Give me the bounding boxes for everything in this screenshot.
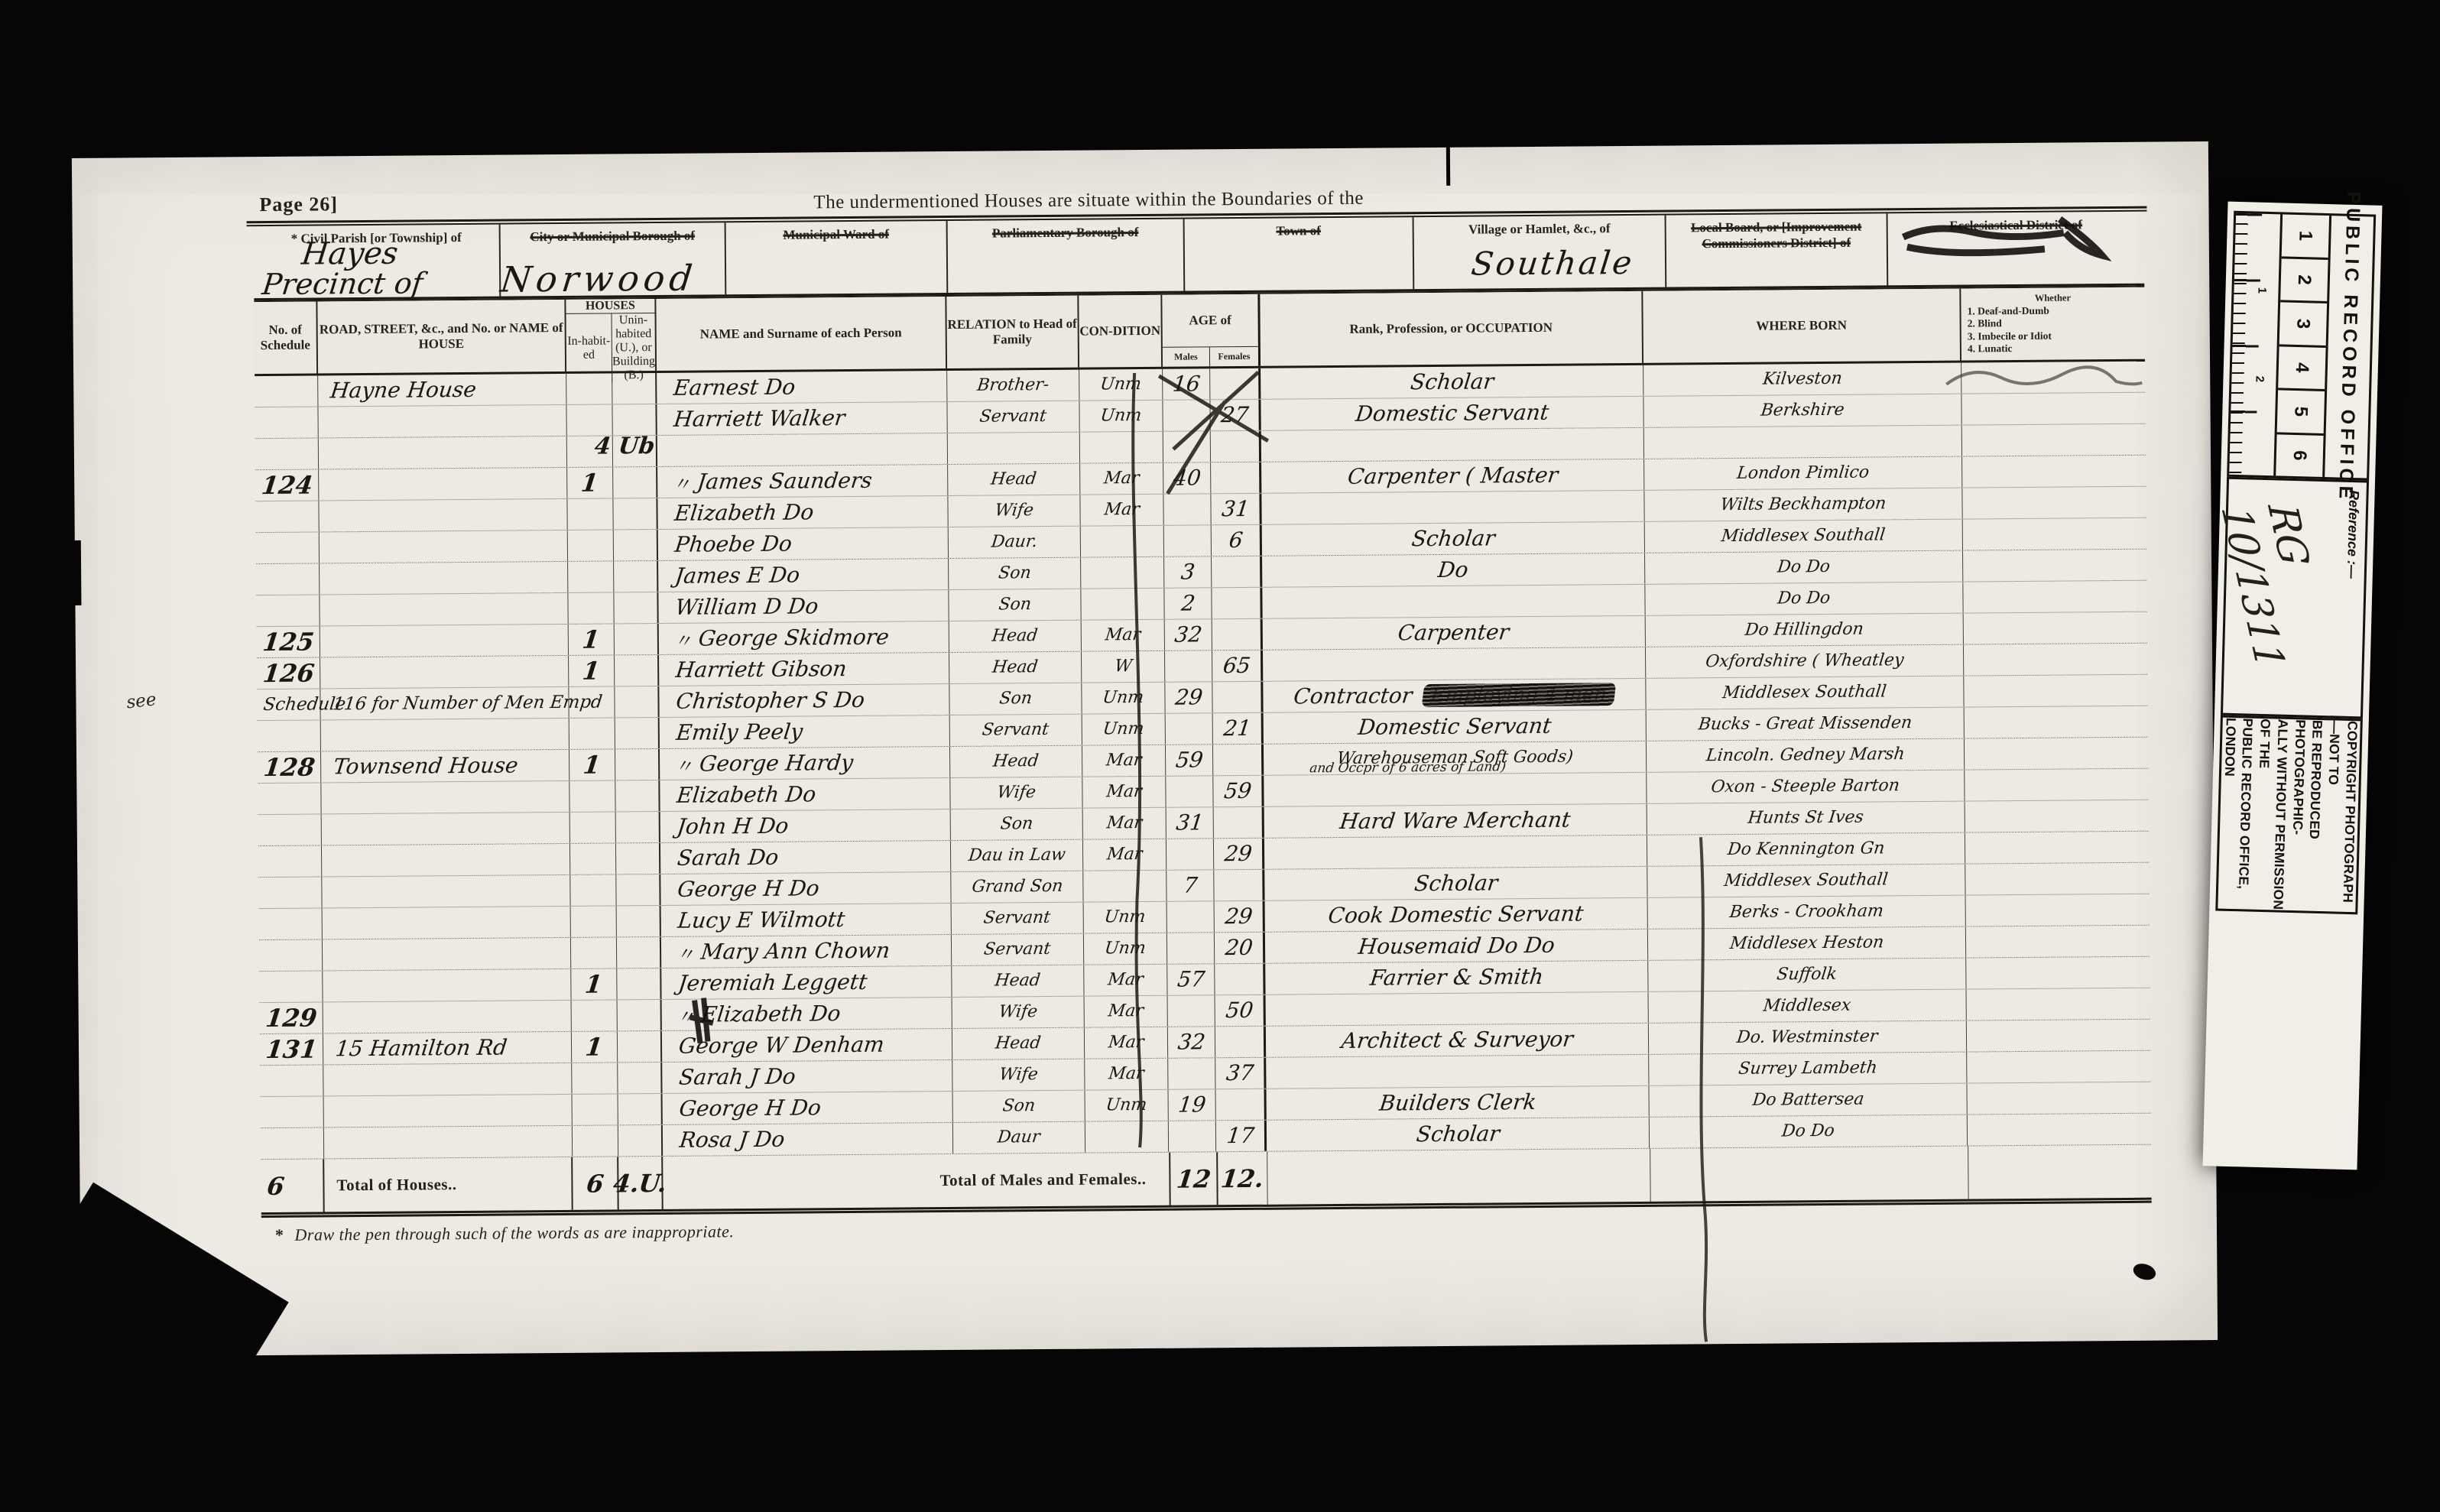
district-field-label: Local Board, or [Improvement Commissione…: [1675, 218, 1877, 252]
occupation-line2: and Occpr of 6 acres of Land): [1309, 761, 1507, 775]
district-field-6: Local Board, or [Improvement Commissione…: [1666, 213, 1889, 287]
district-field-label: Municipal Ward of: [735, 226, 937, 243]
born-cell: Do Hillingdon: [1646, 614, 1964, 647]
condition-cell: Unm: [1082, 683, 1165, 714]
road-cell: Townsend House: [321, 750, 569, 783]
age-females-cell: [1212, 682, 1263, 713]
ruler-number: 2: [2280, 258, 2328, 303]
road-cell: [320, 625, 569, 657]
name-cell: 〃Mary Ann Chown: [661, 935, 952, 968]
name-cell: John H Do: [660, 810, 951, 842]
inhabited-cell: [569, 718, 615, 748]
edge-mark: [1446, 141, 1450, 186]
born-cell: Oxon - Steeple Barton: [1647, 771, 1965, 803]
schedule-cell: [256, 563, 320, 595]
schedule-cell: [261, 1128, 324, 1159]
name-cell: Rosa J Do: [663, 1123, 953, 1156]
reference-value: RG 10/1311: [2211, 504, 2350, 714]
pro-reference-box: Reference :— RG 10/1311: [2221, 477, 2369, 719]
totals-schedule-count: 6: [266, 1173, 286, 1198]
condition-cell: Unm: [1079, 401, 1163, 432]
occupation-cell: Cook Domestic Servant: [1265, 898, 1648, 932]
age-females-cell: [1213, 745, 1264, 776]
name-cell: Christopher S Do: [659, 684, 949, 717]
age-females-cell: [1212, 556, 1262, 588]
district-field-2: Municipal Ward of: [726, 221, 949, 294]
condition-cell: Unm: [1084, 933, 1167, 965]
name-cell: Phoebe Do: [658, 527, 949, 560]
page-title: The undermentioned Houses are situate wi…: [813, 188, 1364, 214]
age-males-cell: 16: [1163, 368, 1210, 399]
born-cell: Middlesex Southall: [1646, 677, 1964, 709]
schedule-cell: 125: [257, 626, 320, 657]
occupation-cell: [1264, 835, 1647, 869]
occupation-cell: [1264, 773, 1647, 806]
age-females-cell: [1216, 1089, 1267, 1121]
occupation-cell: Farrier & Smith: [1265, 961, 1648, 994]
schedule-cell: [255, 501, 319, 532]
condition-cell: [1080, 432, 1163, 463]
road-cell: [320, 593, 568, 626]
inhabited-cell: 1: [569, 624, 615, 654]
name-cell: George W Denham: [662, 1029, 952, 1062]
age-males-cell: [1163, 431, 1211, 462]
whether-cell: [1963, 518, 2146, 550]
age-males-cell: 2: [1164, 588, 1212, 618]
district-field-3: Parliamentary Borough of: [948, 219, 1186, 293]
copyright-line: COPYRIGHT PHOTOGRAPH—NOT TO: [2322, 720, 2361, 912]
whether-cell: [1962, 456, 2146, 488]
relation-cell: Servant: [950, 715, 1082, 746]
col-header-age-females: Females: [1210, 347, 1258, 366]
copyright-line: ALLY WITHOUT PERMISSION OF THE: [2252, 719, 2292, 910]
occupation-cell: Carpenter: [1263, 616, 1646, 650]
age-females-cell: [1212, 588, 1262, 619]
condition-cell: Mar: [1085, 996, 1168, 1027]
pro-ruler-ticks: 1 2: [2229, 213, 2280, 475]
condition-cell: [1083, 871, 1166, 902]
age-males-cell: [1166, 776, 1213, 806]
condition-cell: Mar: [1080, 463, 1163, 495]
uninhabited-cell: [618, 1094, 663, 1124]
name-cell: William D Do: [658, 590, 949, 623]
age-males-cell: 3: [1164, 556, 1212, 587]
uninhabited-cell: [618, 1063, 662, 1093]
relation-cell: Son: [949, 589, 1081, 621]
margin-pencil-note: see: [125, 691, 157, 712]
schedule-cell: [255, 407, 318, 438]
age-males-cell: [1166, 839, 1214, 869]
district-field-label: City or Municipal Borough of: [509, 227, 715, 245]
age-males-cell: [1167, 901, 1215, 932]
uninhabited-cell: [615, 655, 659, 686]
road-cell: [320, 656, 569, 689]
district-field-label: Town of: [1194, 222, 1403, 239]
road-cell: [320, 530, 568, 563]
relation-cell: Son: [953, 1091, 1085, 1122]
relation-cell: Daur: [953, 1122, 1085, 1153]
condition-cell: [1081, 526, 1164, 557]
relation-cell: Wife: [950, 777, 1082, 809]
occupation-cell: Domestic Servant: [1261, 397, 1643, 430]
condition-cell: Unm: [1079, 369, 1163, 401]
schedule-cell: [256, 595, 320, 626]
age-females-cell: 50: [1215, 995, 1266, 1027]
name-cell: George H Do: [660, 872, 951, 905]
condition-cell: Unm: [1084, 902, 1167, 933]
occupation-cell: [1262, 585, 1645, 618]
age-males-cell: [1163, 400, 1210, 430]
name-cell: Jeremiah Leggett: [661, 966, 952, 999]
schedule-cell: [258, 877, 322, 908]
inhabited-cell: [571, 937, 617, 968]
struck-out-text: Employing 4 men: [1422, 683, 1616, 707]
col-header-age-males: Males: [1163, 347, 1210, 366]
uninhabited-cell: [616, 812, 660, 842]
ruler-number: 3: [2279, 302, 2327, 347]
schedule-cell: 129: [260, 1002, 323, 1033]
condition-cell: Mar: [1083, 839, 1166, 871]
road-cell: Hayne House: [318, 374, 566, 407]
condition-cell: Unm: [1085, 1090, 1169, 1121]
inhabited-cell: [569, 780, 615, 811]
age-males-cell: 32: [1168, 1027, 1215, 1057]
whether-cell: [1965, 769, 2148, 801]
road-cell: [323, 1001, 572, 1033]
uninhabited-cell: [613, 467, 657, 498]
inhabited-cell: 1: [569, 655, 615, 686]
occupation-cell: Carpenter ( Master: [1261, 459, 1644, 493]
occupation-cell: Scholar: [1261, 365, 1643, 399]
name-cell: [657, 433, 948, 466]
occupation-cell: ContractorEmploying 4 men: [1263, 679, 1646, 712]
born-cell: Lincoln. Gedney Marsh: [1647, 739, 1965, 772]
copyright-line: PUBLIC RECORD OFFICE, LONDON: [2217, 718, 2257, 910]
occupation-cell: Domestic Servant: [1264, 710, 1647, 744]
schedule-cell: [258, 814, 322, 845]
uninhabited-cell: [615, 718, 660, 748]
relation-cell: Head: [949, 652, 1082, 683]
uninhabited-cell: 4 Ub: [613, 436, 657, 466]
whether-cell: [1965, 800, 2149, 832]
schedule-cell: [258, 720, 321, 751]
condition-cell: Mar: [1085, 1027, 1168, 1059]
inhabited-cell: [573, 1094, 618, 1124]
age-females-cell: [1211, 431, 1261, 462]
relation-cell: Head: [950, 746, 1082, 777]
name-cell: 〃Elizabeth Do: [662, 998, 952, 1030]
census-table: No. of Schedule ROAD, STREET, &c., and N…: [254, 286, 2151, 1215]
road-cell: [321, 781, 569, 814]
condition-cell: [1085, 1121, 1169, 1153]
copyright-text: COPYRIGHT PHOTOGRAPH—NOT TOBE REPRODUCED…: [2217, 718, 2361, 913]
inhabited-cell: [570, 843, 616, 874]
inhabited-cell: [566, 404, 612, 435]
ruler-number: 1: [2282, 214, 2329, 259]
schedule-cell: Schedule: [257, 689, 320, 720]
age-females-cell: 6: [1212, 525, 1262, 556]
age-males-cell: 31: [1166, 807, 1214, 838]
age-females-cell: 59: [1213, 776, 1264, 807]
uninhabited-cell: [615, 624, 659, 654]
relation-cell: Son: [949, 683, 1082, 715]
age-males-cell: 7: [1166, 870, 1214, 900]
relation-cell: Wife: [952, 997, 1085, 1028]
col-header-schedule: No. of Schedule: [254, 301, 318, 374]
schedule-cell: [258, 783, 321, 814]
name-cell: Harriett Walker: [657, 402, 947, 435]
inhabited-cell: [572, 1063, 618, 1093]
age-females-cell: [1214, 870, 1264, 901]
occupation-cell: Builders Clerk: [1266, 1086, 1649, 1120]
born-cell: [1644, 426, 1962, 459]
whether-cell: [1966, 894, 2150, 926]
uninhabited-cell: [618, 1000, 662, 1030]
uninhabited-cell: [612, 373, 657, 404]
uninhabited-cell: [616, 843, 660, 874]
uninhabited-cell: [617, 906, 661, 936]
age-females-cell: 21: [1213, 713, 1264, 745]
occupation-cell: Scholar: [1262, 522, 1645, 556]
col-header-whether: Whether 1. Deaf-and-Dumb 2. Blind 3. Imb…: [1961, 287, 2145, 361]
occupation-cell: Scholar: [1264, 867, 1647, 900]
inhabited-cell: [570, 812, 616, 842]
road-cell: [319, 499, 567, 532]
age-females-cell: 27: [1210, 400, 1261, 431]
uninhabited-cell: [618, 1125, 663, 1156]
condition-cell: [1081, 589, 1164, 620]
inhabited-cell: 1: [571, 969, 617, 999]
schedule-cell: 124: [255, 469, 319, 501]
age-males-cell: [1163, 494, 1211, 524]
totals-uninhabited: 4.U.: [612, 1170, 668, 1196]
age-females-cell: 29: [1214, 839, 1264, 870]
uninhabited-cell: [612, 404, 657, 435]
whether-cell: [1966, 957, 2150, 989]
district-field-label: Ecclesiastical District of: [1898, 216, 2133, 235]
name-cell: Emily Peely: [660, 715, 950, 748]
born-cell: Oxfordshire ( Wheatley: [1646, 645, 1964, 678]
whether-cell: [1964, 644, 2147, 676]
age-males-cell: 59: [1166, 745, 1213, 775]
whether-cell: [1965, 832, 2149, 864]
condition-cell: Mar: [1082, 745, 1166, 777]
census-scan-page: Page 26] The undermentioned Houses are s…: [72, 141, 2218, 1357]
relation-cell: Wife: [948, 495, 1080, 527]
pro-office-label: PUBLIC RECORD OFFICE: [2322, 216, 2373, 478]
inhabited-cell: [570, 874, 616, 905]
occupation-cell: [1261, 491, 1644, 524]
check-tick: 〃: [672, 467, 696, 497]
name-cell: Sarah Do: [660, 841, 951, 874]
schedule-cell: 126: [257, 657, 320, 689]
born-cell: Middlesex Heston: [1648, 927, 1966, 960]
occupation-cell: Architect & Surveyor: [1266, 1024, 1649, 1057]
schedule-cell: [255, 375, 318, 407]
age-males-cell: [1164, 525, 1212, 556]
uninhabited-cell: [617, 937, 661, 968]
name-cell: 〃James Saunders: [657, 465, 948, 498]
census-rows: Hayne HouseEarnest DoBrother-Unm16Schola…: [255, 362, 2151, 1160]
road-cell: [323, 969, 571, 1002]
inhabited-cell: 1: [567, 467, 613, 498]
totals-males: 12: [1175, 1166, 1212, 1191]
age-females-cell: 20: [1215, 933, 1265, 964]
occupation-cell: [1266, 1055, 1649, 1089]
occupation-cell: [1266, 992, 1649, 1026]
born-cell: Kilveston: [1643, 363, 1961, 396]
whether-cell: [1963, 550, 2146, 582]
born-cell: Middlesex Southall: [1645, 520, 1963, 553]
whether-cell: [1967, 1020, 2150, 1052]
whether-cell: [1962, 487, 2146, 519]
name-cell: Lucy E Wilmott: [661, 904, 952, 936]
age-males-cell: 32: [1165, 619, 1212, 650]
schedule-cell: [259, 939, 323, 971]
uninhabited-cell: [617, 969, 661, 999]
col-header-occupation: Rank, Profession, or OCCUPATION: [1260, 291, 1643, 366]
whether-cell: [1967, 1051, 2150, 1083]
road-cell: [322, 813, 570, 845]
road-cell: [323, 1063, 572, 1096]
occupation-cell: Warehouseman Soft Goods)and Occpr of 6 a…: [1264, 741, 1647, 775]
col-header-name: NAME and Surname of each Person: [656, 297, 947, 371]
age-females-cell: [1211, 462, 1261, 494]
ruler-number: 6: [2276, 434, 2323, 477]
age-males-cell: [1168, 995, 1215, 1026]
civil-parish-value-line2: Precinct of: [261, 268, 424, 299]
ink-blot-bottom: [2131, 1261, 2158, 1283]
name-cell: Elizabeth Do: [657, 496, 948, 529]
copyright-line: BE REPRODUCED PHOTOGRAPHIC-: [2286, 719, 2326, 911]
age-males-cell: [1166, 713, 1213, 744]
reference-label: Reference :—: [2344, 490, 2362, 579]
inhabited-cell: [568, 530, 614, 560]
schedule-cell: [255, 438, 319, 469]
civil-parish-value-line1: Hayes: [300, 238, 400, 270]
schedule-cell: 128: [258, 751, 321, 783]
born-cell: Suffolk: [1648, 959, 1966, 991]
condition-cell: Unm: [1082, 714, 1166, 745]
relation-cell: Son: [951, 809, 1083, 840]
road-cell: [319, 468, 567, 501]
uninhabited-cell: [615, 686, 659, 717]
edge-nick: [70, 540, 82, 605]
uninhabited-cell: [613, 498, 657, 529]
uninhabited-cell: [614, 592, 658, 623]
age-females-cell: 29: [1215, 901, 1265, 933]
born-cell: Do Kennington Gn: [1647, 833, 1965, 866]
district-field-label: Village or Hamlet, &c., of: [1424, 220, 1655, 238]
age-females-cell: [1214, 807, 1264, 839]
age-males-cell: 29: [1165, 682, 1212, 712]
whether-cell: [1967, 988, 2150, 1020]
born-cell: Do Do: [1645, 582, 1963, 615]
road-cell: [320, 562, 568, 595]
schedule-cell: [261, 1096, 324, 1128]
pro-ruler: PUBLIC RECORD OFFICE 123456 1 2: [2227, 211, 2376, 481]
born-cell: Do Battersea: [1649, 1084, 1967, 1117]
age-females-cell: 65: [1212, 651, 1263, 682]
condition-cell: Mar: [1084, 965, 1167, 996]
born-cell: Bucks - Great Missenden: [1647, 708, 1965, 741]
page-number: Page 26]: [259, 193, 338, 216]
schedule-cell: 131: [260, 1033, 323, 1065]
whether-cell: [1968, 1114, 2151, 1146]
relation-cell: Servant: [952, 934, 1084, 965]
schedule-cell: [259, 971, 323, 1002]
road-cell: 116 for Number of Men Empd: [320, 687, 569, 720]
col-header-road: ROAD, STREET, &c., and No. or NAME of HO…: [317, 300, 566, 374]
relation-cell: Brother-: [947, 370, 1079, 401]
name-cell: James E Do: [658, 559, 949, 592]
whether-cell: [1967, 1082, 2150, 1115]
inhabited-cell: [571, 906, 617, 936]
relation-cell: Head: [949, 621, 1082, 652]
road-cell: [321, 719, 569, 751]
name-cell: Sarah J Do: [662, 1060, 952, 1093]
whether-cell: [1966, 926, 2150, 958]
age-females-cell: [1215, 964, 1265, 995]
born-cell: Do Do: [1650, 1115, 1968, 1148]
age-males-cell: [1168, 1058, 1215, 1089]
name-cell: Elizabeth Do: [660, 778, 950, 811]
whether-cell: [1964, 612, 2147, 644]
occupation-cell: [1261, 428, 1644, 462]
col-header-relation: RELATION to Head of Family: [946, 296, 1079, 368]
totals-males-females-label: Total of Males and Females..: [939, 1170, 1146, 1190]
road-cell: [322, 844, 570, 877]
road-cell: [319, 436, 567, 469]
name-cell: Harriett Gibson: [659, 653, 949, 686]
uninhabited-cell: [616, 874, 660, 905]
relation-cell: Head: [952, 965, 1084, 997]
relation-cell: Grand Son: [951, 871, 1083, 903]
born-cell: Berkshire: [1643, 394, 1961, 427]
uninhabited-cell: [615, 749, 660, 780]
footnote: *Draw the pen through such of the words …: [275, 1222, 735, 1245]
road-cell: [318, 405, 566, 438]
road-cell: [322, 875, 570, 908]
occupation-cell: Scholar: [1267, 1118, 1650, 1151]
ruler-number: 4: [2278, 346, 2325, 391]
schedule-cell: [256, 532, 320, 563]
born-cell: Do. Westminster: [1649, 1021, 1967, 1054]
inhabited-cell: 1: [572, 1031, 618, 1062]
schedule-cell: [258, 845, 322, 877]
condition-cell: Mar: [1085, 1059, 1168, 1090]
relation-cell: Daur.: [949, 527, 1081, 558]
condition-cell: Mar: [1083, 808, 1166, 839]
age-males-cell: 57: [1167, 964, 1215, 994]
whether-cell: [1961, 393, 2145, 425]
age-females-cell: [1210, 368, 1261, 400]
relation-cell: [948, 433, 1080, 464]
pro-copyright-box: COPYRIGHT PHOTOGRAPH—NOT TOBE REPRODUCED…: [2215, 715, 2363, 915]
age-females-cell: [1212, 619, 1263, 651]
age-males-cell: 19: [1169, 1089, 1216, 1120]
relation-cell: Dau in Law: [951, 840, 1083, 871]
name-cell: 〃George Skidmore: [659, 621, 949, 654]
schedule-cell: [260, 1065, 323, 1096]
check-tick: 〃: [673, 624, 697, 654]
name-cell: Earnest Do: [657, 371, 947, 404]
uninhabited-cell: [618, 1031, 662, 1062]
relation-cell: Wife: [952, 1059, 1085, 1091]
age-females-cell: 31: [1211, 494, 1261, 525]
uninhabited-cell: [615, 780, 660, 811]
age-males-cell: [1169, 1121, 1216, 1151]
